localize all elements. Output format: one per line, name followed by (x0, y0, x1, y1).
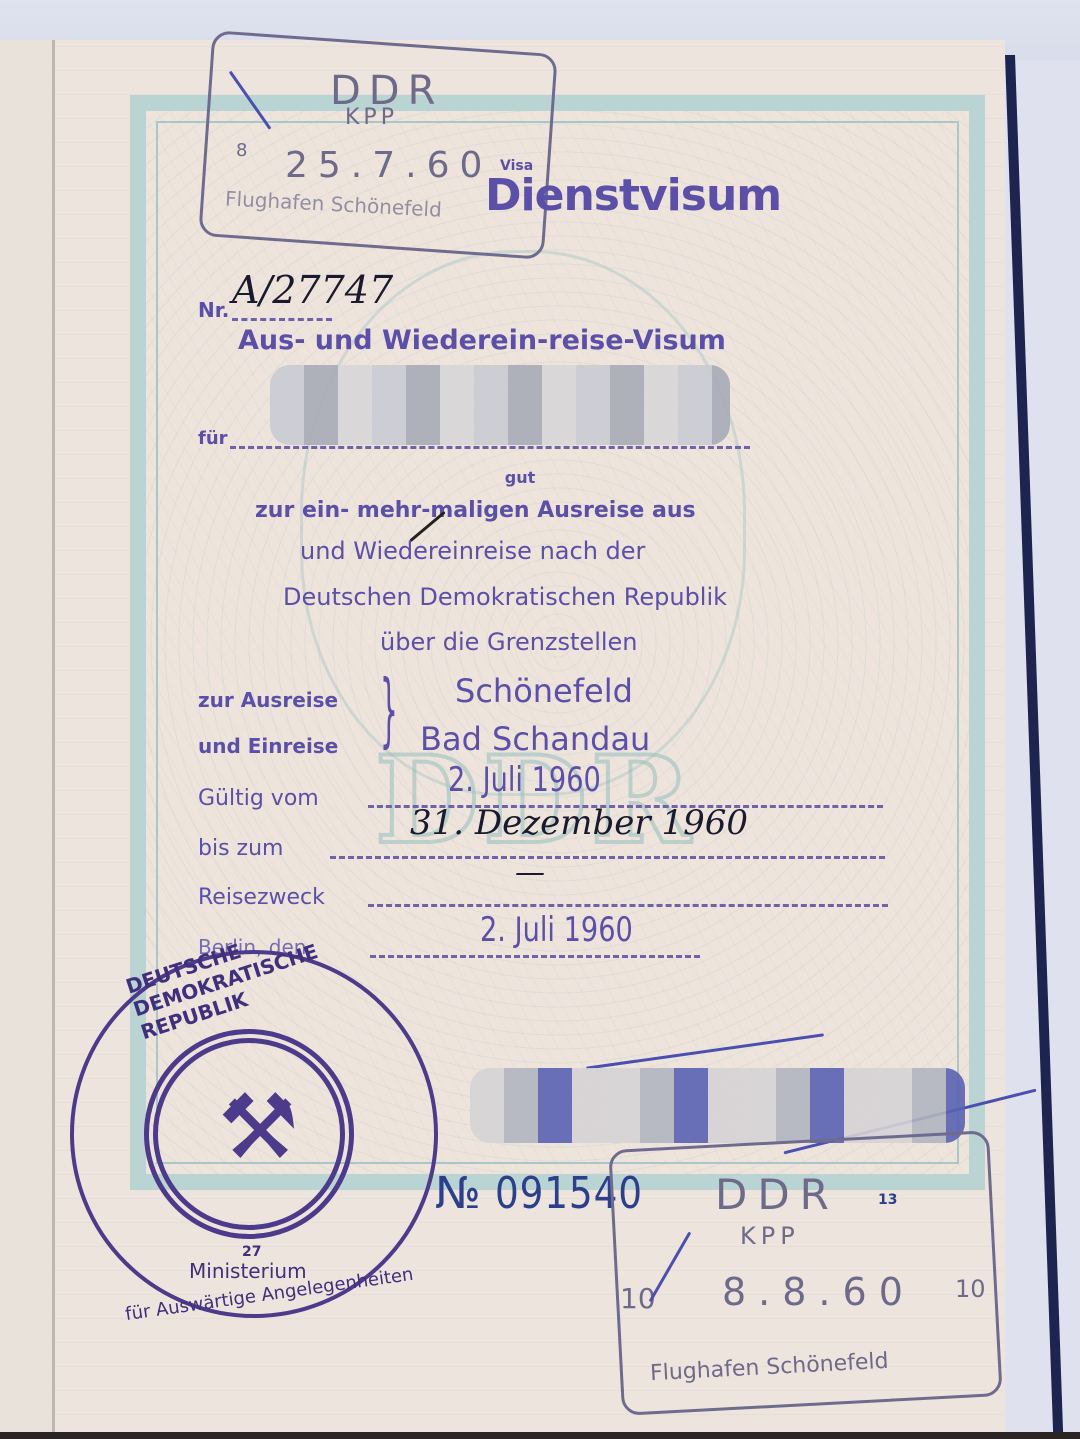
holder-label: für (198, 428, 228, 449)
issued-line (370, 955, 700, 958)
brace: } (380, 670, 398, 750)
shadow (0, 1432, 1080, 1439)
purpose-value: — (515, 855, 545, 890)
valid-from-date: 2. Juli 1960 (448, 760, 601, 800)
holder-dotted-line (230, 446, 750, 449)
valid-until-line (330, 856, 885, 859)
number-dotted-line (232, 318, 332, 321)
official-seal: ⚒ DEUTSCHE DEMOKRATISCHE REPUBLIK 27 Min… (70, 950, 438, 1318)
exit-label: zur Ausreise (198, 688, 338, 712)
exit-stamp-code-right: 10 (955, 1275, 986, 1303)
entry-label: und Einreise (198, 734, 338, 758)
redacted-holder-name (270, 365, 730, 445)
entry-stamp-code: 8 (236, 140, 247, 161)
exit-crossing: Schönefeld (455, 672, 633, 710)
exit-stamp-date: 8.8.60 (722, 1270, 915, 1314)
number-label: Nr. (198, 298, 229, 322)
valid-until-date: 31. Dezember 1960 (410, 803, 748, 843)
exit-stamp-country: DDR (715, 1170, 839, 1219)
passport-cover-edge (1005, 55, 1063, 1439)
visa-subtitle: Aus- und Wiederein-reise-Visum (238, 325, 726, 356)
visa-number: A/27747 (232, 268, 393, 312)
valid-from-label: Gültig vom (198, 786, 319, 811)
purpose-line (368, 904, 888, 907)
serial-prefix: № (435, 1168, 481, 1219)
seal-line-1: Ministerium (189, 1259, 307, 1283)
hammer-compass-icon: ⚒ (218, 1083, 299, 1173)
body-line-5: über die Grenzstellen (380, 628, 638, 656)
seal-number: 27 (242, 1244, 261, 1260)
valid-until-label: bis zum (198, 836, 283, 861)
entry-crossing: Bad Schandau (420, 720, 650, 758)
body-line-1: gut (0, 468, 1060, 487)
purpose-label: Reisezweck (198, 885, 325, 910)
body-line-4: Deutschen Demokratischen Republik (283, 583, 727, 611)
seal-wreath: ⚒ (144, 1029, 354, 1239)
body-line-2: zur ein- mehr-maligen Ausreise aus (255, 498, 696, 523)
body-line-3: und Wiedereinreise nach der (300, 537, 645, 565)
redacted-signature (470, 1068, 965, 1143)
visa-title: Dienstvisum (485, 170, 781, 221)
issued-date: 2. Juli 1960 (480, 910, 633, 950)
left-page-edge (0, 40, 55, 1439)
exit-stamp-agency: KPP (740, 1222, 800, 1250)
entry-stamp-agency: KPP (345, 105, 398, 130)
entry-stamp-date: 25.7.60 (285, 145, 492, 186)
